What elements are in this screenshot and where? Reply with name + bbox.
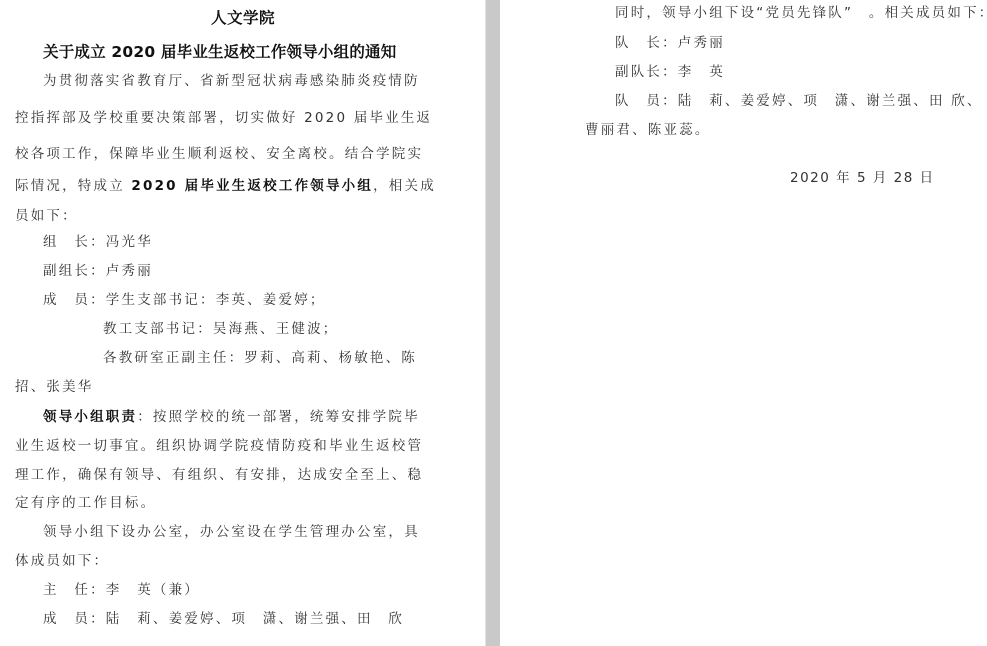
members-line-1: 成 员：学生支部书记：李英、姜爱婷； (43, 291, 326, 309)
page-gutter (485, 0, 500, 646)
duties-line-1: 领导小组职责：按照学校的统一部署，统筹安排学院毕 (43, 408, 420, 426)
members-line-2: 教工支部书记：吴海燕、王健波； (103, 320, 339, 338)
document-date: 2020 年 5 月 28 日 (790, 169, 935, 187)
captain-line: 队 长：卢秀丽 (615, 34, 725, 52)
group-name-bold: 2020 届毕业生返校工作领导小组 (131, 178, 373, 194)
duties-line-1-text: ：按照学校的统一部署，统筹安排学院毕 (137, 409, 420, 425)
duties-line-4: 定有序的工作目标。 (15, 494, 156, 512)
org-title: 人文学院 (0, 6, 486, 28)
vanguard-intro-line: 同时，领导小组下设“党员先锋队” 。相关成员如下： (615, 4, 987, 22)
duties-label: 领导小组职责 (43, 409, 137, 425)
office-members-line: 成 员：陆 莉、姜爱婷、项 潇、谢兰强、田 欣 (43, 610, 404, 628)
intro-line-5: 员如下： (15, 207, 78, 225)
intro-line-1: 为贯彻落实省教育厅、省新型冠状病毒感染肺炎疫情防 (43, 72, 420, 90)
intro-line-4-suffix: ，相关成 (373, 178, 436, 194)
document-page-left: 人文学院 关于成立 2020 届毕业生返校工作领导小组的通知 为贯彻落实省教育厅… (0, 0, 486, 646)
intro-line-2: 控指挥部及学校重要决策部署，切实做好 2020 届毕业生返 (15, 109, 432, 127)
office-director-line: 主 任：李 英（兼） (43, 581, 200, 599)
vice-captain-line: 副队长：李 英 (615, 63, 725, 81)
vanguard-members-line-2: 曹丽君、陈亚蕊。 (585, 121, 711, 139)
leader-line: 组 长：冯光华 (43, 233, 153, 251)
intro-line-4-prefix: 际情况，特成立 (15, 178, 131, 194)
notice-title: 关于成立 2020 届毕业生返校工作领导小组的通知 (43, 40, 396, 62)
members-line-4: 招、张美华 (15, 378, 94, 396)
document-page-right: 同时，领导小组下设“党员先锋队” 。相关成员如下： 队 长：卢秀丽 副队长：李 … (500, 0, 987, 646)
office-line-2: 体成员如下： (15, 552, 109, 570)
deputy-leader-line: 副组长：卢秀丽 (43, 262, 153, 280)
vanguard-members-line-1: 队 员：陆 莉、姜爱婷、项 潇、谢兰强、田 欣、 (615, 92, 983, 110)
intro-line-3: 校各项工作，保障毕业生顺利返校、安全离校。结合学院实 (15, 145, 423, 163)
duties-line-3: 理工作，确保有领导、有组织、有安排，达成安全至上、稳 (15, 466, 423, 484)
office-line-1: 领导小组下设办公室，办公室设在学生管理办公室，具 (43, 523, 420, 541)
intro-line-4: 际情况，特成立 2020 届毕业生返校工作领导小组，相关成 (15, 177, 436, 195)
duties-line-2: 业生返校一切事宜。组织协调学院疫情防疫和毕业生返校管 (15, 437, 423, 455)
members-line-3: 各教研室正副主任：罗莉、高莉、杨敏艳、陈 (103, 349, 417, 367)
